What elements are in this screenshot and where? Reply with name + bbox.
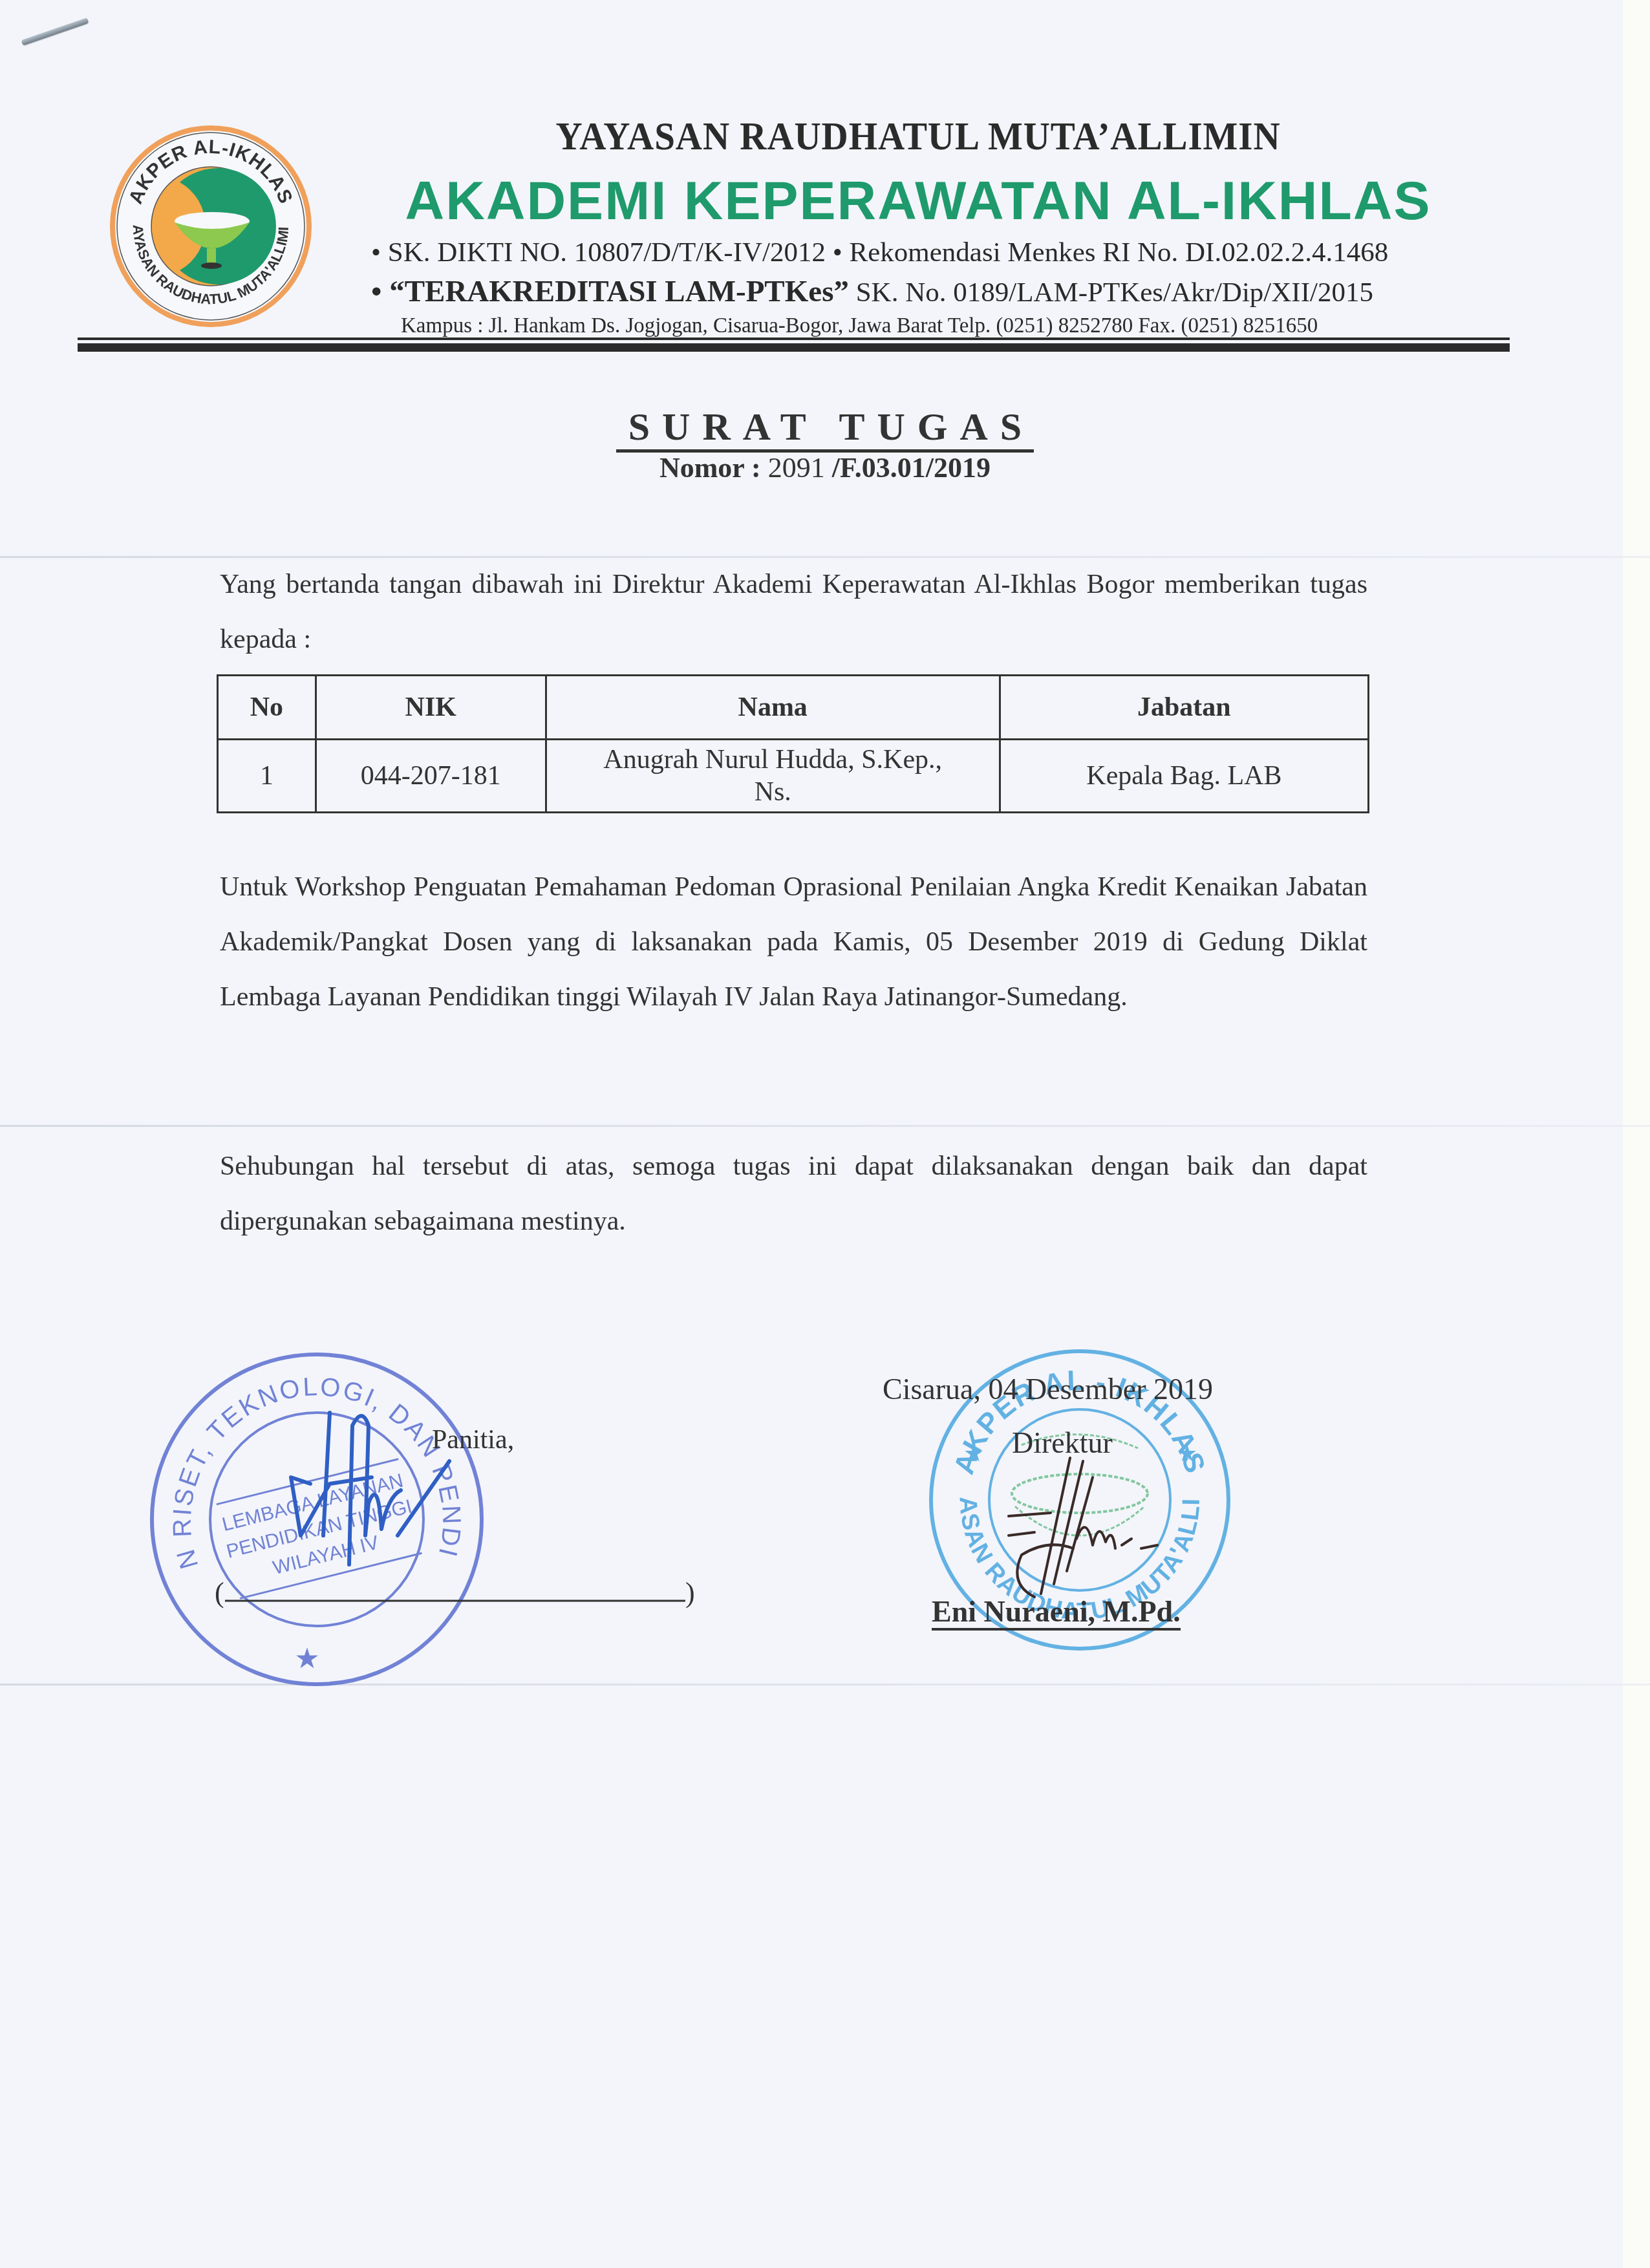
accreditation-label: • “TERAKREDITASI LAM-PTKes”	[371, 275, 849, 308]
foundation-name: YAYASAN RAUDHATUL MUTA’ALLIMIN	[407, 114, 1430, 160]
place-date: Cisarua, 04 Desember 2019	[883, 1372, 1213, 1406]
closing-paragraph: Sehubungan hal tersebut di atas, semoga …	[220, 1139, 1367, 1249]
intro-paragraph: Yang bertanda tangan dibawah ini Direktu…	[220, 557, 1367, 667]
document-title: SURAT TUGAS	[0, 405, 1650, 449]
assignee-table: No NIK Nama Jabatan 1 044-207-181 Anugra…	[217, 674, 1369, 813]
director-name: Eni Nuraeni, M.Pd.	[932, 1596, 1181, 1631]
license-line: • SK. DIKTI NO. 10807/D/T/K-IV/2012 • Re…	[371, 237, 1388, 268]
col-header-nama: Nama	[546, 676, 1000, 740]
svg-text:★: ★	[294, 1643, 319, 1674]
staple-icon	[21, 17, 89, 46]
svg-text:★: ★	[963, 1440, 984, 1466]
accreditation-number: SK. No. 0189/LAM-PTKes/Akr/Dip/XII/2015	[849, 277, 1373, 308]
svg-text:★: ★	[1177, 1440, 1197, 1466]
table-header-row: No NIK Nama Jabatan	[218, 676, 1369, 740]
col-header-nik: NIK	[316, 676, 546, 740]
letterhead-divider	[78, 337, 1510, 340]
cell-nik: 044-207-181	[316, 740, 546, 813]
accreditation-line: • “TERAKREDITASI LAM-PTKes” SK. No. 0189…	[371, 274, 1373, 309]
table-row: 1 044-207-181 Anugrah Nurul Hudda, S.Kep…	[218, 740, 1369, 813]
document-number: Nomor : 2091 /F.03.01/2019	[0, 451, 1650, 484]
paper-fold-line	[0, 1125, 1650, 1127]
cell-jabatan: Kepala Bag. LAB	[1000, 740, 1368, 813]
svg-text:(: (	[215, 1577, 224, 1609]
col-header-jabatan: Jabatan	[1000, 676, 1368, 740]
campus-address: Kampus : Jl. Hankam Ds. Jogjogan, Cisaru…	[401, 314, 1318, 338]
cell-no: 1	[218, 740, 316, 813]
letterhead-divider	[78, 343, 1510, 352]
purpose-paragraph: Untuk Workshop Penguatan Pemahaman Pedom…	[220, 860, 1367, 1025]
col-header-no: No	[218, 676, 316, 740]
cell-nama: Anugrah Nurul Hudda, S.Kep., Ns.	[546, 740, 1000, 813]
akper-al-ikhlas-logo-icon: AKPER AL-IKHLAS YAYASAN RAUDHATUL MUTA'A…	[109, 124, 313, 328]
institution-name: AKADEMI KEPERAWATAN AL-IKHLAS	[362, 169, 1474, 232]
committee-signature-icon	[233, 1400, 453, 1594]
scan-edge	[1623, 0, 1650, 2268]
svg-text:): )	[685, 1577, 695, 1609]
